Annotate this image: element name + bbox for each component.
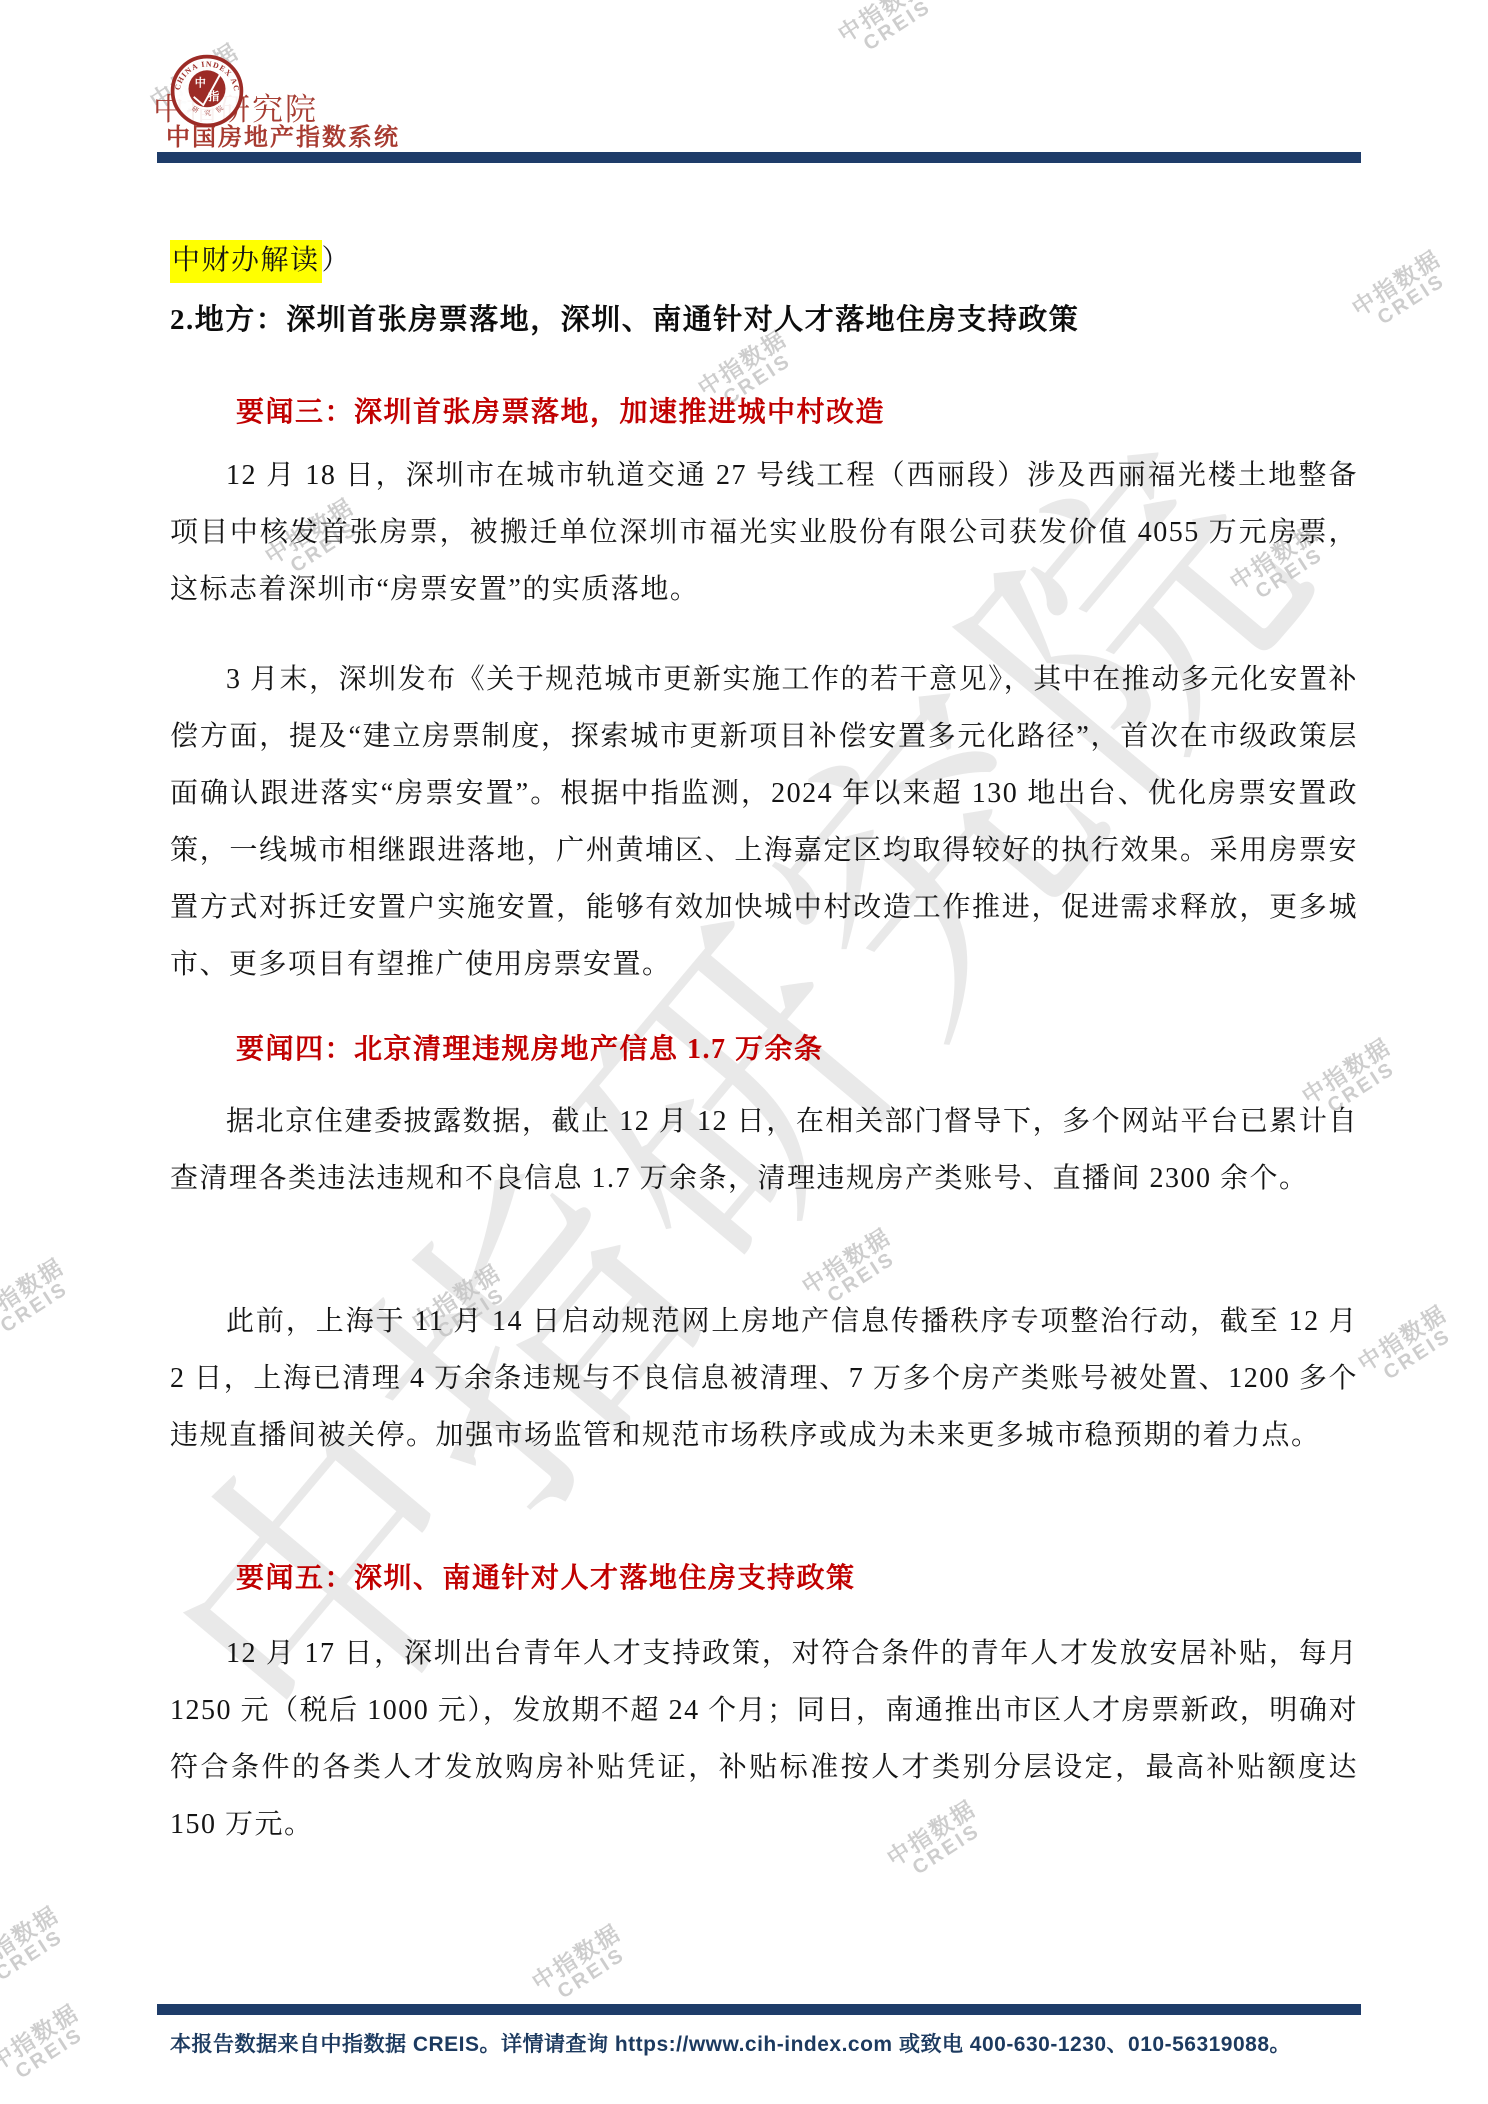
paragraph: 12 月 18 日，深圳市在城市轨道交通 27 号线工程（西丽段）涉及西丽福光楼… [170,447,1358,618]
section-heading-local-policy: 2.地方：深圳首张房票落地，深圳、南通针对人才落地住房支持政策 [170,297,1358,338]
paragraph: 3 月末，深圳发布《关于规范城市更新实施工作的若干意见》，其中在推动多元化安置补… [170,651,1358,993]
highlight-suffix: ） [322,245,352,276]
news-heading-3: 要闻三：深圳首张房票落地，加速推进城中村改造 [236,390,1358,430]
footer-note: 本报告数据来自中指数据 CREIS。详情请查询 https://www.cih-… [170,2028,1370,2058]
footer-divider-rule [157,2004,1361,2015]
paragraph: 12 月 17 日，深圳出台青年人才支持政策，对符合条件的青年人才发放安居补贴，… [170,1625,1358,1853]
paragraph: 据北京住建委披露数据，截止 12 月 12 日，在相关部门督导下，多个网站平台已… [170,1093,1358,1207]
news-heading-4: 要闻四：北京清理违规房地产信息 1.7 万余条 [236,1027,1358,1067]
report-page: { "header": { "org_name": "中指研究院", "syst… [0,0,1488,2104]
highlighted-text: 中财办解读 [170,240,322,283]
footer-url-link[interactable]: https://www.cih-index.com [615,2033,893,2056]
china-index-academy-seal-logo: CHINA INDEX ACADEMY 中 指 研 究 院 [170,54,244,128]
paragraph: 此前，上海于 11 月 14 日启动规范网上房地产信息传播秩序专项整治行动，截至… [170,1293,1358,1464]
highlighted-line: 中财办解读） [170,238,1358,278]
header-divider-rule [157,152,1361,163]
seal-char-zhi: 指 [208,89,219,103]
seal-char-zhong: 中 [195,76,206,90]
news-heading-5: 要闻五：深圳、南通针对人才落地住房支持政策 [236,1556,1358,1596]
footer-suffix: 或致电 400-630-1230、010-56319088。 [893,2033,1291,2056]
footer-prefix: 本报告数据来自中指数据 CREIS。详情请查询 [170,2033,615,2056]
